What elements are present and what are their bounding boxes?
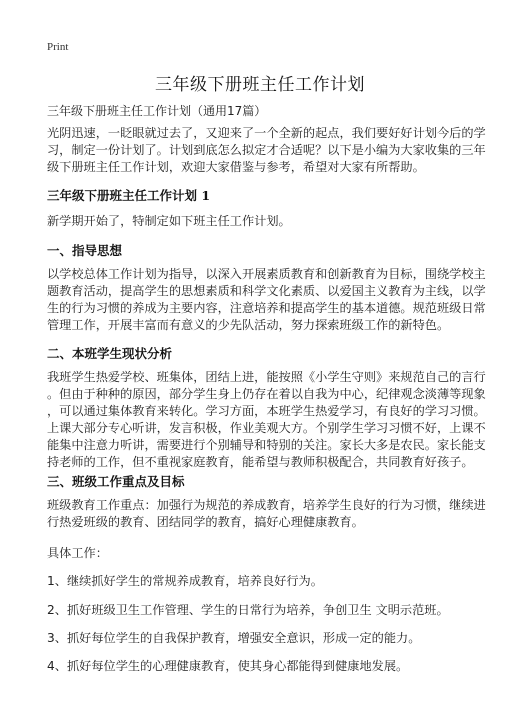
part1-line: 管理工作，开展丰富而有意义的少先队活动，努力探索班级工作的新特色。 bbox=[47, 317, 477, 334]
opening-line: 新学期开始了，特制定如下班主任工作计划。 bbox=[47, 213, 477, 230]
document-subtitle: 三年级下册班主任工作计划（通用17篇） bbox=[47, 102, 266, 119]
part1-paragraph: 以学校总体工作计划为指导，以深入开展素质教育和创新教育为目标，围绕学校主 题教育… bbox=[47, 266, 477, 334]
part2-line: 。但由于种种的原因，部分学生身上仍存在着以自我为中心，纪律观念淡薄等现象 bbox=[47, 386, 477, 403]
intro-line: 习，制定一份计划了。计划到底怎么拟定才合适呢？以下是小编为大家收集的三年 bbox=[47, 142, 477, 159]
document-title: 三年级下册班主任工作计划 bbox=[0, 70, 520, 95]
part2-paragraph: 我班学生热爱学校、班集体，团结上进，能按照《小学生守则》来规范自己的言行 。但由… bbox=[47, 369, 477, 471]
part3-heading: 三、班级工作重点及目标 bbox=[47, 472, 185, 490]
specific-work-label: 具体工作： bbox=[47, 544, 108, 561]
section-opening: 新学期开始了，特制定如下班主任工作计划。 bbox=[47, 213, 477, 230]
part2-line: 我班学生热爱学校、班集体，团结上进，能按照《小学生守则》来规范自己的言行 bbox=[47, 369, 477, 386]
intro-paragraph: 光阴迅速，一眨眼就过去了，又迎来了一个全新的起点，我们要好好计划今后的学 习，制… bbox=[47, 125, 477, 176]
list-item: 2、抓好班级卫生工作管理、学生的日常行为培养，争创卫生 文明示范班。 bbox=[47, 601, 449, 618]
part1-line: 生的行为习惯的养成为主要内容，注意培养和提高学生的基本道德。规范班级日常 bbox=[47, 300, 477, 317]
print-label: Print bbox=[47, 41, 68, 53]
part2-line: 持老师的工作，但不重视家庭教育，能希望与教师积极配合，共同教育好孩子。 bbox=[47, 454, 477, 471]
part1-line: 题教育活动，提高学生的思想素质和科学文化素质、以爱国主义教育为主线，以学 bbox=[47, 283, 477, 300]
part3-line: 行热爱班级的教育、团结同学的教育，搞好心理健康教育。 bbox=[47, 514, 477, 531]
list-item: 3、抓好每位学生的自我保护教育，增强安全意识，形成一定的能力。 bbox=[47, 629, 420, 646]
intro-line: 光阴迅速，一眨眼就过去了，又迎来了一个全新的起点，我们要好好计划今后的学 bbox=[47, 125, 477, 142]
part1-line: 以学校总体工作计划为指导，以深入开展素质教育和创新教育为目标，围绕学校主 bbox=[47, 266, 477, 283]
part2-line: ，可以通过集体教育来转化。学习方面，本班学生热爱学习，有良好的学习习惯。 bbox=[47, 403, 477, 420]
part2-line: 能集中注意力听讲，需要进行个别辅导和特别的关注。家长大多是农民。家长能支 bbox=[47, 437, 477, 454]
part2-heading: 二、本班学生现状分析 bbox=[47, 344, 172, 362]
list-item: 1、继续抓好学生的常规养成教育，培养良好行为。 bbox=[47, 572, 323, 589]
part3-paragraph: 班级教育工作重点：加强行为规范的养成教育，培养学生良好的行为习惯，继续进 行热爱… bbox=[47, 497, 477, 531]
intro-line: 级下册班主任工作计划，欢迎大家借鉴与参考，希望对大家有所帮助。 bbox=[47, 159, 477, 176]
document-page: Print 三年级下册班主任工作计划 三年级下册班主任工作计划（通用17篇） 光… bbox=[0, 0, 520, 718]
part1-heading: 一、指导思想 bbox=[47, 241, 122, 259]
section-heading: 三年级下册班主任工作计划 1 bbox=[47, 186, 210, 204]
list-item: 4、抓好每位学生的心理健康教育，使其身心都能得到健康地发展。 bbox=[47, 657, 408, 674]
part3-line: 班级教育工作重点：加强行为规范的养成教育，培养学生良好的行为习惯，继续进 bbox=[47, 497, 477, 514]
part2-line: 上课大部分专心听讲，发言积极，作业美观大方。个别学生学习习惯不好，上课不 bbox=[47, 420, 477, 437]
